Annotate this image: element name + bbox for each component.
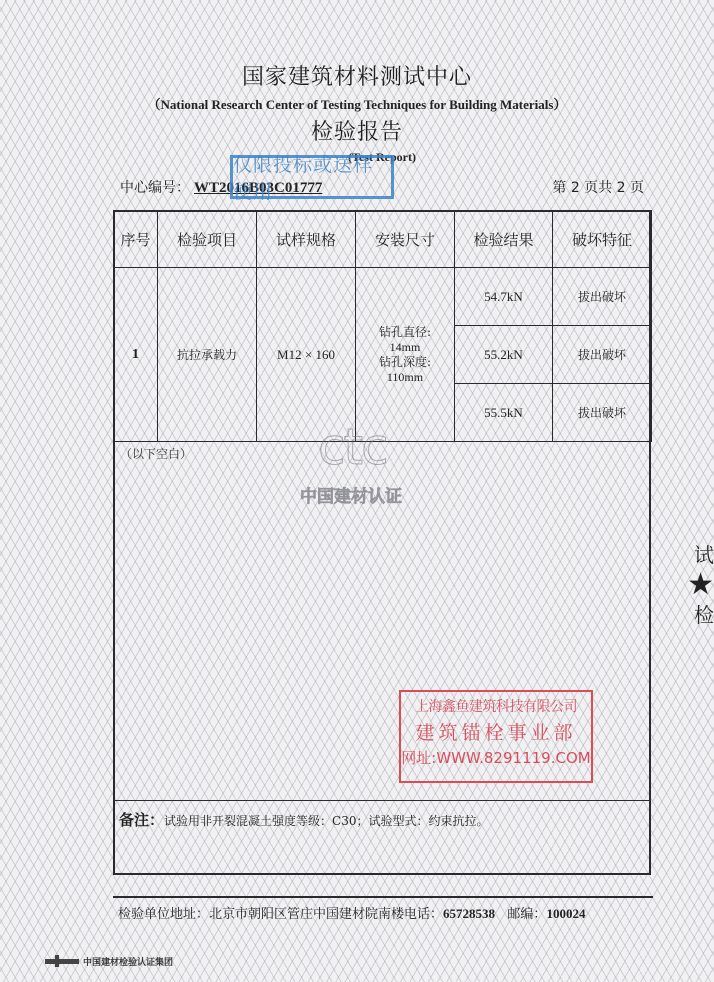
table-header-row: 序号 检验项目 试样规格 安装尺寸 检验结果 破坏特征: [114, 211, 652, 268]
stamp-website: 网址:WWW.8291119.COM: [401, 747, 591, 768]
cell-failure: 拔出破坏: [553, 326, 652, 384]
col-header-seq: 序号: [114, 211, 158, 268]
install-diameter-label: 钻孔直径:: [356, 325, 454, 340]
cell-result: 55.5kN: [455, 384, 553, 442]
install-depth-label: 钻孔深度:: [356, 355, 454, 370]
col-header-item: 检验项目: [158, 211, 257, 268]
report-title-cn: 检验报告: [0, 115, 714, 146]
cell-install: 钻孔直径: 14mm 钻孔深度: 110mm: [356, 268, 455, 442]
address-divider: [113, 896, 653, 898]
footer-group-name: 中国建材检验认证集团: [83, 955, 173, 968]
notes: 备注：试验用非开裂混凝土强度等级：C30；试验型式：约束抗拉。: [119, 809, 488, 830]
cell-result: 55.2kN: [455, 326, 553, 384]
ctc-logo-icon: [45, 959, 79, 964]
seal-char: 检: [678, 600, 714, 630]
cell-result: 54.7kN: [455, 268, 553, 326]
org-name-en: （National Research Center of Testing Tec…: [0, 94, 714, 113]
ctc-watermark-logo: ctc: [318, 418, 387, 476]
postcode-value: 100024: [546, 906, 585, 921]
cell-spec: M12 × 160: [257, 268, 356, 442]
notes-label: 备注：: [119, 811, 164, 829]
col-header-result: 检验结果: [455, 211, 553, 268]
install-depth-value: 110mm: [356, 370, 454, 385]
cell-failure: 拔出破坏: [553, 384, 652, 442]
notes-divider: [113, 800, 651, 801]
ctc-watermark-text: 中国建材认证: [300, 482, 402, 507]
org-name-cn: 国家建筑材料测试中心: [0, 60, 714, 91]
install-diameter-value: 14mm: [356, 340, 454, 355]
postcode-label: 邮编：: [507, 907, 546, 922]
notes-text: 试验用非开裂混凝土强度等级：C30；试验型式：约束抗拉。: [164, 814, 488, 828]
center-number-label: 中心编号：: [120, 180, 190, 196]
table-row: 1 抗拉承载力 M12 × 160 钻孔直径: 14mm 钻孔深度: 110mm…: [114, 268, 652, 326]
col-header-failure: 破坏特征: [553, 211, 652, 268]
blank-below-note: （以下空白）: [120, 445, 192, 462]
star-icon: ★: [678, 570, 714, 600]
lab-address: 检验单位地址：北京市朝阳区管庄中国建材院南楼电话：65728538 邮编：100…: [118, 903, 585, 922]
seal-char: 试: [678, 540, 714, 570]
cell-failure: 拔出破坏: [553, 268, 652, 326]
stamp-company-name: 上海鑫鱼建筑科技有限公司: [401, 696, 591, 716]
footer-group-logo: 中国建材检验认证集团: [45, 955, 173, 968]
results-table: 序号 检验项目 试样规格 安装尺寸 检验结果 破坏特征 1 抗拉承载力 M12 …: [113, 210, 652, 442]
address-label: 检验单位地址：北京市朝阳区管庄中国建材院南楼电话：: [118, 907, 443, 922]
col-header-install: 安装尺寸: [356, 211, 455, 268]
address-phone: 65728538: [443, 906, 495, 921]
cell-item: 抗拉承载力: [158, 268, 257, 442]
col-header-spec: 试样规格: [257, 211, 356, 268]
page-info: 第 2 页共 2 页: [552, 177, 644, 197]
blue-restriction-stamp: 仅限投标或送样使用: [230, 155, 394, 199]
stamp-department: 建筑锚栓事业部: [401, 718, 591, 745]
side-seal-partial: 试 ★ 检: [678, 540, 714, 670]
red-company-stamp: 上海鑫鱼建筑科技有限公司 建筑锚栓事业部 网址:WWW.8291119.COM: [399, 690, 593, 783]
cell-seq: 1: [114, 268, 158, 442]
